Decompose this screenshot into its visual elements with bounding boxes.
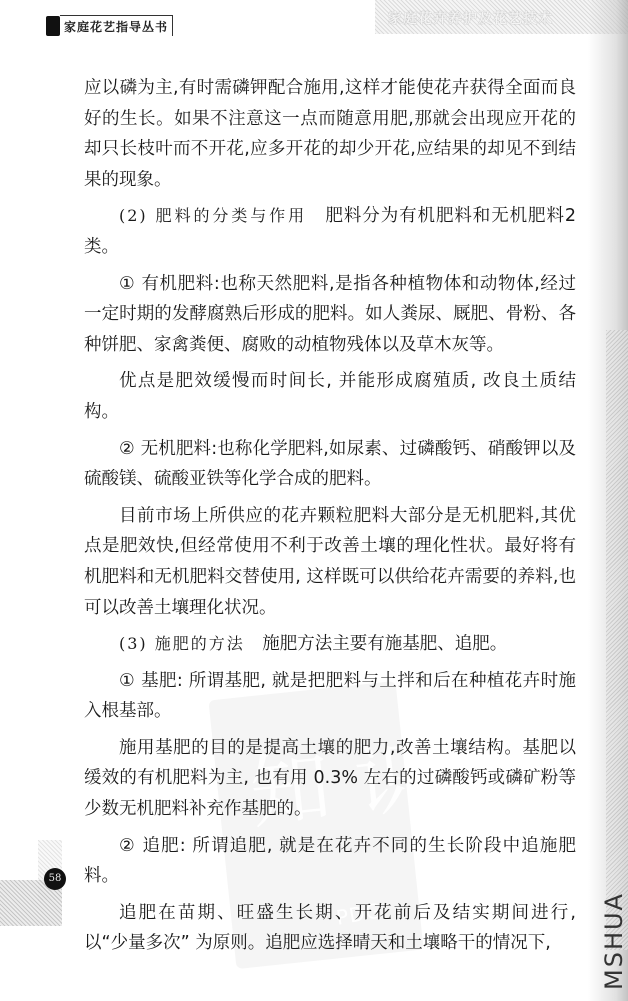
body-text: 应以磷为主,有时需磷钾配合施用,这样才能使花卉获得全面而良好的生长。如果不注意这…: [84, 73, 576, 959]
paragraph: 应以磷为主,有时需磷钾配合施用,这样才能使花卉获得全面而良好的生长。如果不注意这…: [84, 73, 576, 195]
paragraph: ② 追肥: 所谓追肥, 就是在花卉不同的生长阶段中追施肥料。: [84, 831, 576, 892]
paragraph: 施用基肥的目的是提高土壤的肥力,改善土壤结构。基肥以缓效的有机肥料为主, 也有用…: [84, 733, 576, 825]
section-heading: (3) 施肥的方法: [119, 634, 245, 653]
book-title: 家庭花卉养护及花艺技术: [388, 8, 553, 28]
paragraph: 目前市场上所供应的花卉颗粒肥料大部分是无机肥料,其优点是肥效快,但经常使用不利于…: [84, 501, 576, 623]
paragraph: ① 有机肥料:也称天然肥料,是指各种植物体和动物体,经过一定时期的发酵腐熟后形成…: [84, 269, 576, 361]
paragraph: ② 无机肥料:也称化学肥料,如尿素、过磷酸钙、硝酸钾以及硫酸镁、硫酸亚铁等化学合…: [84, 434, 576, 495]
section-heading-paragraph: (2) 肥料的分类与作用 肥料分为有机肥料和无机肥料2类。: [84, 201, 576, 262]
paragraph-text: 施肥方法主要有施基肥、追肥。: [262, 634, 507, 654]
series-header: 家庭花艺指导丛书: [46, 12, 173, 36]
paragraph: 追肥在苗期、旺盛生长期、开花前后及结实期间进行, 以“少量多次” 为原则。追肥应…: [84, 898, 576, 959]
side-mark: MSHUA: [600, 892, 628, 990]
page-number: 58: [44, 868, 66, 890]
scan-noise-right: [606, 330, 628, 950]
paragraph: ① 基肥: 所谓基肥, 就是把肥料与土拌和后在种植花卉时施入根基部。: [84, 666, 576, 727]
series-title: 家庭花艺指导丛书: [60, 15, 173, 36]
paragraph: 优点是肥效缓慢而时间长, 并能形成腐殖质, 改良土质结构。: [84, 366, 576, 427]
series-marker-block: [46, 16, 60, 36]
section-heading: (2) 肥料的分类与作用: [119, 206, 307, 225]
section-heading-paragraph: (3) 施肥的方法 施肥方法主要有施基肥、追肥。: [84, 629, 576, 660]
